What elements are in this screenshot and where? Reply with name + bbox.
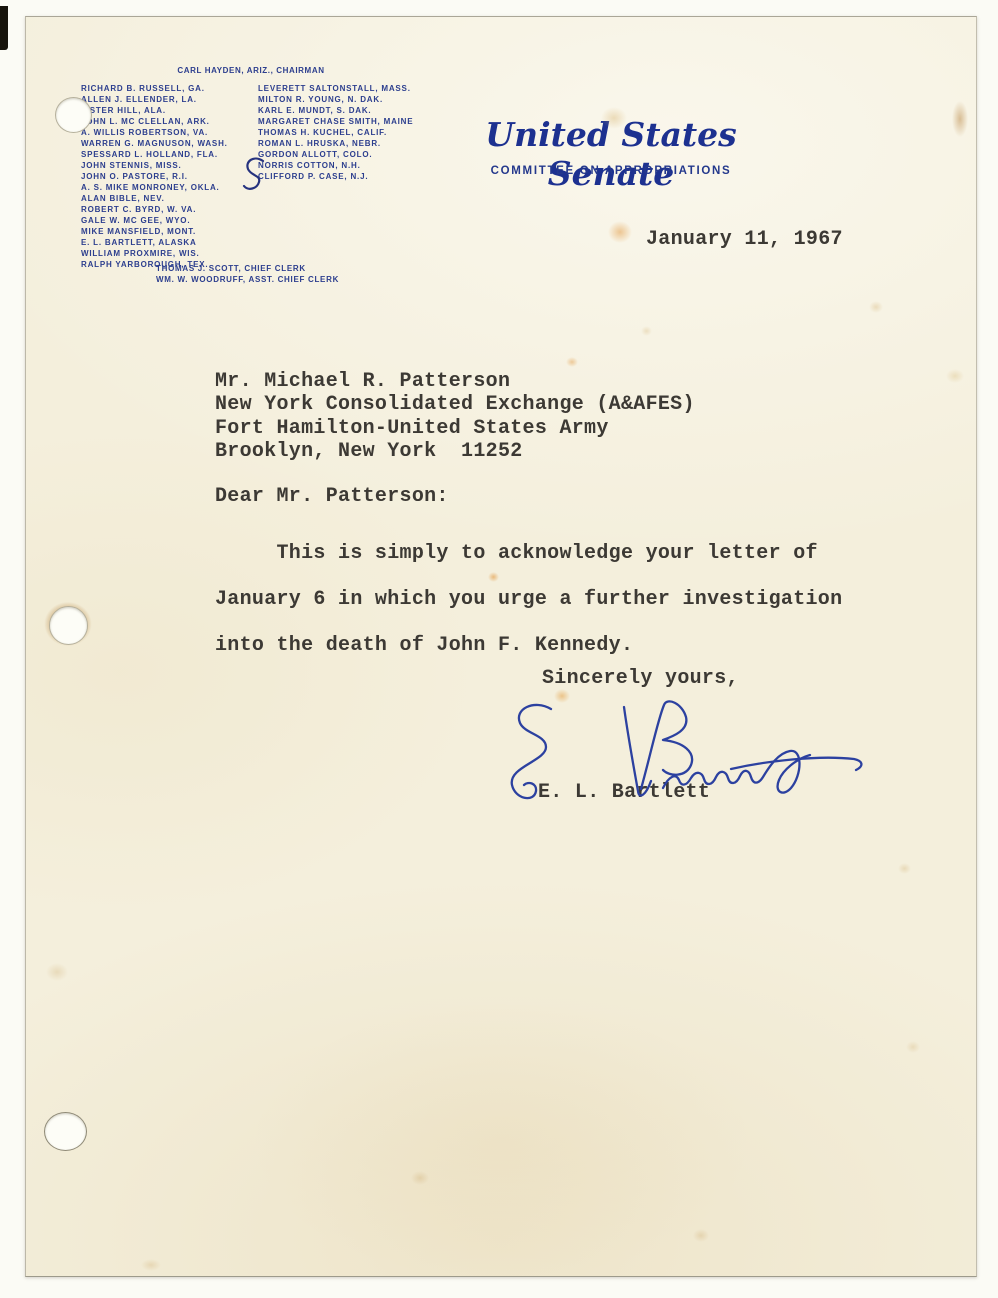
letterhead-member-name: GALE W. MC GEE, WYO. — [81, 215, 228, 226]
letterhead-member-name: KARL E. MUNDT, S. DAK. — [258, 105, 413, 116]
letterhead-member-name: ROBERT C. BYRD, W. VA. — [81, 204, 228, 215]
stain — [693, 1229, 709, 1242]
letterhead-member-name: MARGARET CHASE SMITH, MAINE — [258, 116, 413, 127]
stain — [608, 221, 632, 243]
letterhead-members-right-column: LEVERETT SALTONSTALL, MASS.MILTON R. YOU… — [258, 83, 413, 182]
letterhead-member-name: JOHN L. MC CLELLAN, ARK. — [81, 116, 228, 127]
letter-page: CARL HAYDEN, ARIZ., CHAIRMAN RICHARD B. … — [25, 16, 977, 1277]
senate-title: United States Senate — [446, 115, 776, 193]
handwritten-s-ink-mark — [242, 156, 268, 192]
letterhead-member-name: ALAN BIBLE, NEV. — [81, 193, 228, 204]
letterhead-member-name: LISTER HILL, ALA. — [81, 105, 228, 116]
body-line: into the death of John F. Kennedy. — [215, 623, 842, 669]
punch-hole-bottom — [44, 1112, 87, 1151]
recipient-address-block: Mr. Michael R. PattersonNew York Consoli… — [215, 370, 695, 464]
stain — [141, 1259, 161, 1271]
letterhead-member-name: JOHN STENNIS, MISS. — [81, 160, 228, 171]
committee-subtitle: COMMITTEE ON APPROPRIATIONS — [451, 165, 771, 177]
letterhead-member-name: CLIFFORD P. CASE, N.J. — [258, 171, 413, 182]
salutation: Dear Mr. Patterson: — [215, 485, 449, 508]
stain — [251, 1001, 751, 1281]
letterhead-member-name: WILLIAM PROXMIRE, WIS. — [81, 248, 228, 259]
letterhead-member-name: NORRIS COTTON, N.H. — [258, 160, 413, 171]
letterhead-clerks: THOMAS J. SCOTT, CHIEF CLERKWM. W. WOODR… — [156, 264, 339, 285]
scan-corner-mark — [0, 6, 8, 50]
punch-hole-top — [55, 97, 92, 133]
body-line: This is simply to acknowledge your lette… — [215, 531, 842, 577]
address-line: Brooklyn, New York 11252 — [215, 440, 695, 463]
stain — [869, 301, 883, 313]
address-line: Mr. Michael R. Patterson — [215, 370, 695, 393]
stain — [411, 1171, 429, 1185]
letterhead-member-name: SPESSARD L. HOLLAND, FLA. — [81, 149, 228, 160]
address-line: Fort Hamilton-United States Army — [215, 417, 695, 440]
stain — [946, 369, 964, 383]
letterhead-member-name: MILTON R. YOUNG, N. DAK. — [258, 94, 413, 105]
letterhead-member-name: THOMAS H. KUCHEL, CALIF. — [258, 127, 413, 138]
letterhead-member-name: A. S. MIKE MONRONEY, OKLA. — [81, 182, 228, 193]
stain — [952, 101, 968, 137]
letterhead-chairman: CARL HAYDEN, ARIZ., CHAIRMAN — [81, 66, 421, 75]
letterhead-member-name: ALLEN J. ELLENDER, LA. — [81, 94, 228, 105]
signature-ink — [506, 691, 886, 831]
letterhead-member-name: MIKE MANSFIELD, MONT. — [81, 226, 228, 237]
letterhead-member-name: GORDON ALLOTT, COLO. — [258, 149, 413, 160]
stain — [566, 357, 578, 367]
letterhead-member-name: LEVERETT SALTONSTALL, MASS. — [258, 83, 413, 94]
letterhead-member-name: A. WILLIS ROBERTSON, VA. — [81, 127, 228, 138]
stain — [906, 1041, 920, 1053]
closing-line: Sincerely yours, — [542, 667, 739, 690]
letter-body: This is simply to acknowledge your lette… — [215, 531, 842, 669]
letterhead-member-name: E. L. BARTLETT, ALASKA — [81, 237, 228, 248]
stain — [641, 326, 652, 336]
body-line: January 6 in which you urge a further in… — [215, 577, 842, 623]
letterhead-member-name: RICHARD B. RUSSELL, GA. — [81, 83, 228, 94]
letterhead-clerk-line: THOMAS J. SCOTT, CHIEF CLERK — [156, 264, 339, 275]
letter-date: January 11, 1967 — [646, 228, 843, 251]
letterhead-member-name: JOHN O. PASTORE, R.I. — [81, 171, 228, 182]
letterhead-members-left-column: RICHARD B. RUSSELL, GA.ALLEN J. ELLENDER… — [81, 83, 228, 270]
scan-background: CARL HAYDEN, ARIZ., CHAIRMAN RICHARD B. … — [0, 0, 998, 1298]
letterhead-member-name: WARREN G. MAGNUSON, WASH. — [81, 138, 228, 149]
stain — [898, 863, 911, 874]
letterhead-member-name: ROMAN L. HRUSKA, NEBR. — [258, 138, 413, 149]
punch-hole-middle — [49, 606, 88, 645]
address-line: New York Consolidated Exchange (A&AFES) — [215, 393, 695, 416]
letterhead-clerk-line: WM. W. WOODRUFF, ASST. CHIEF CLERK — [156, 275, 339, 286]
stain — [46, 963, 68, 981]
